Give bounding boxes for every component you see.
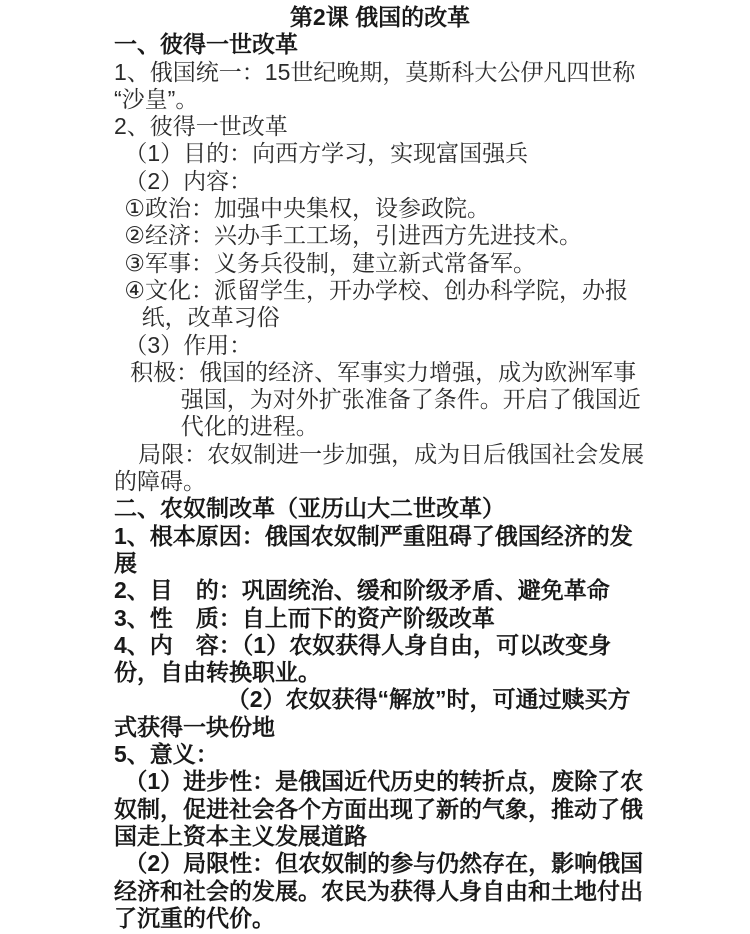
section1-heading: 一、彼得一世改革	[114, 31, 646, 58]
doc-line: 强国，为对外扩张准备了条件。开启了俄国近	[114, 386, 646, 413]
doc-line: 式获得一块份地	[114, 714, 646, 741]
doc-line: （2）农奴获得“解放”时，可通过赎买方	[114, 686, 646, 713]
doc-line: 3、性 质：自上而下的资产阶级改革	[114, 605, 646, 632]
doc-line: ③军事：义务兵役制，建立新式常备军。	[114, 250, 646, 277]
doc-line: 1、根本原因：俄国农奴制严重阻碍了俄国经济的发	[114, 523, 646, 550]
doc-line: 经济和社会的发展。农民为获得人身自由和土地付出	[114, 878, 646, 905]
doc-line: 局限：农奴制进一步加强，成为日后俄国社会发展	[114, 441, 646, 468]
doc-line: （3）作用：	[114, 332, 646, 359]
doc-line: 5、意义：	[114, 741, 646, 768]
doc-line: 份，自由转换职业。	[114, 659, 646, 686]
section2-heading: 二、农奴制改革（亚历山大二世改革）	[114, 495, 646, 522]
doc-line: 2、彼得一世改革	[114, 113, 646, 140]
document-page: 第2课 俄国的改革 一、彼得一世改革 1、俄国统一：15世纪晚期，莫斯科大公伊凡…	[0, 0, 750, 934]
doc-line: 4、内 容：（1）农奴获得人身自由，可以改变身	[114, 632, 646, 659]
doc-line: 奴制，促进社会各个方面出现了新的气象，推动了俄	[114, 796, 646, 823]
doc-line: 积极：俄国的经济、军事实力增强，成为欧洲军事	[114, 359, 646, 386]
doc-line: （1）目的：向西方学习，实现富国强兵	[114, 140, 646, 167]
doc-line: 国走上资本主义发展道路	[114, 823, 646, 850]
doc-line: 2、目 的：巩固统治、缓和阶级矛盾、避免革命	[114, 577, 646, 604]
doc-line: “沙皇”。	[114, 86, 646, 113]
doc-line: （1）进步性：是俄国近代历史的转折点，废除了农	[114, 768, 646, 795]
doc-line: 的障碍。	[114, 468, 646, 495]
doc-line: ①政治：加强中央集权，设参政院。	[114, 195, 646, 222]
doc-line: 1、俄国统一：15世纪晚期，莫斯科大公伊凡四世称	[114, 59, 646, 86]
doc-line: 了沉重的代价。	[114, 905, 646, 932]
doc-line: 展	[114, 550, 646, 577]
doc-line: （2）内容：	[114, 168, 646, 195]
doc-line: ②经济：兴办手工工场，引进西方先进技术。	[114, 222, 646, 249]
doc-line: （2）局限性：但农奴制的参与仍然存在，影响俄国	[114, 850, 646, 877]
doc-line: 纸，改革习俗	[114, 304, 646, 331]
page-title: 第2课 俄国的改革	[114, 4, 646, 31]
doc-line: 代化的进程。	[114, 413, 646, 440]
doc-line: ④文化：派留学生，开办学校、创办科学院，办报	[114, 277, 646, 304]
